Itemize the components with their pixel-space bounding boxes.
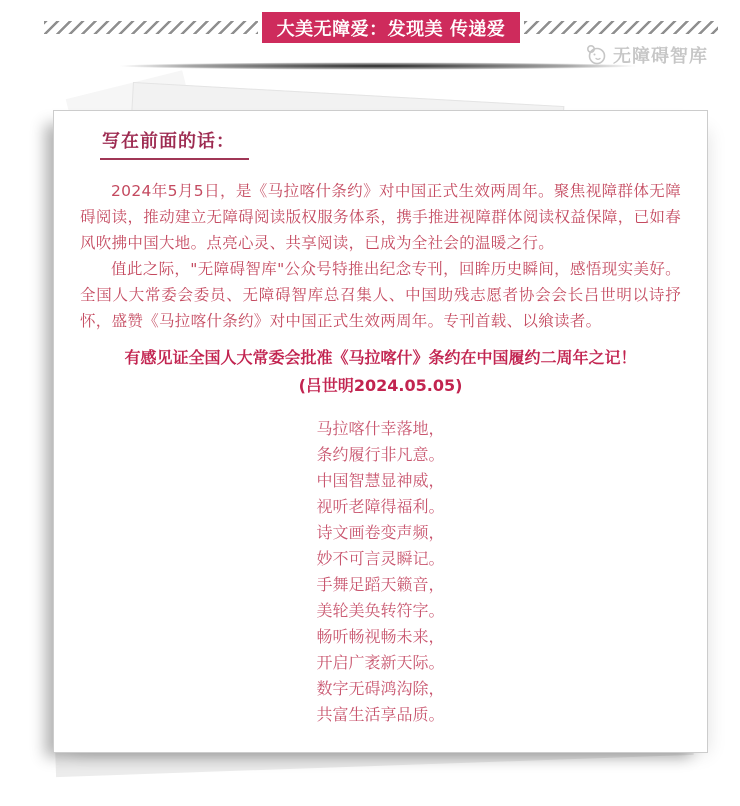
poem-line: 诗文画卷变声频，: [80, 520, 681, 546]
poem-line: 手舞足蹈天籁音，: [80, 572, 681, 598]
header-divider-line: [116, 61, 740, 71]
poem-line: 条约履行非凡意。: [80, 442, 681, 468]
poem-line: 马拉喀什幸落地，: [80, 416, 681, 442]
poem-title-byline: (吕世明2024.05.05): [80, 372, 681, 400]
poem-line: 开启广袤新天际。: [80, 650, 681, 676]
poem: 马拉喀什幸落地， 条约履行非凡意。 中国智慧显神威， 视听老障得福利。 诗文画卷…: [80, 416, 681, 728]
poem-line: 美轮美奂转符字。: [80, 598, 681, 624]
content-card: 写在前面的话： 2024年5月5日，是《马拉喀什条约》对中国正式生效两周年。聚焦…: [53, 110, 708, 753]
poem-title: 有感见证全国人大常委会批准《马拉喀什》条约在中国履约二周年之记！ (吕世明202…: [80, 344, 681, 400]
intro-paragraph-1: 2024年5月5日，是《马拉喀什条约》对中国正式生效两周年。聚焦视障群体无障碍阅…: [80, 178, 681, 256]
header-banner: 大美无障爱：发现美 传递爱: [262, 12, 520, 43]
decorative-stripes-right: [524, 21, 718, 34]
intro-paragraph-2: 值此之际，"无障碍智库"公众号特推出纪念专刊，回眸历史瞬间，感悟现实美好。全国人…: [80, 256, 681, 334]
header-banner-title: 大美无障爱：发现美 传递爱: [277, 15, 506, 41]
poem-line: 视听老障得福利。: [80, 494, 681, 520]
decorative-stripes-left: [44, 21, 258, 34]
article-page: 大美无障爱：发现美 传递爱 无障碍智库 写在前面的话： 2024年5月5日，是《…: [0, 0, 740, 806]
poem-line: 数字无碍鸿沟除，: [80, 676, 681, 702]
poem-title-line1: 有感见证全国人大常委会批准《马拉喀什》条约在中国履约二周年之记！: [80, 344, 681, 372]
poem-line: 共富生活享品质。: [80, 702, 681, 728]
poem-line: 畅听畅视畅未来，: [80, 624, 681, 650]
section-heading: 写在前面的话：: [100, 127, 249, 160]
poem-line: 中国智慧显神威，: [80, 468, 681, 494]
poem-line: 妙不可言灵瞬记。: [80, 546, 681, 572]
